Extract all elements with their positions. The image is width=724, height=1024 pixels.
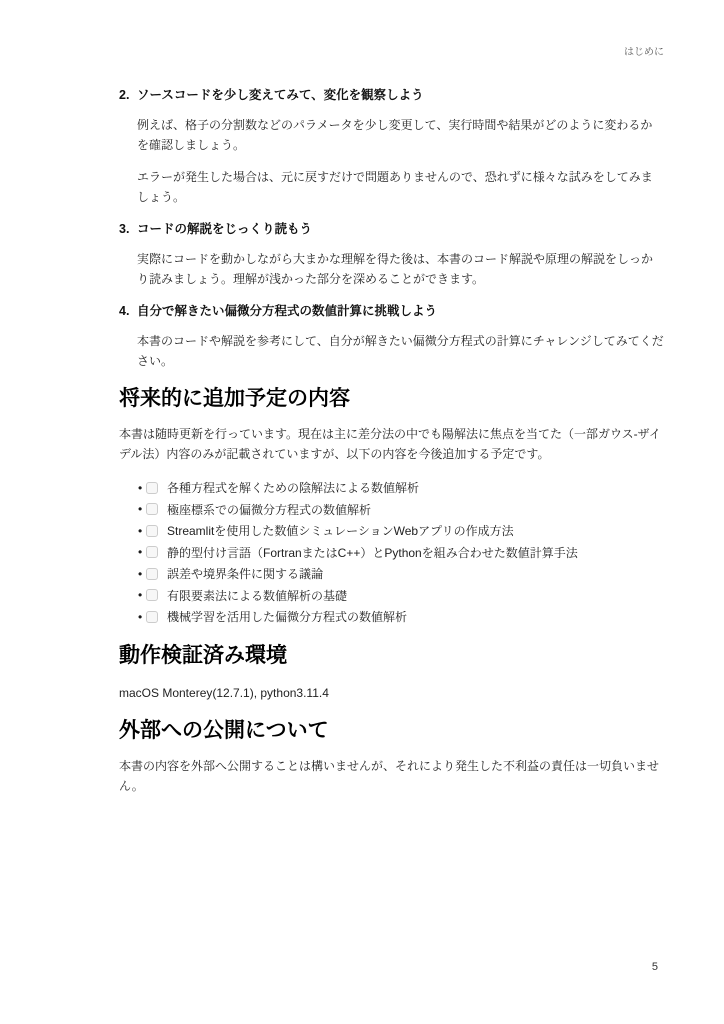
page-number: 5 [652,961,658,973]
checklist-item-label: 静的型付け言語（FortranまたはC++）とPythonを組み合わせた数値計算… [167,544,578,561]
item-title-row: 4. 自分で解きたい偏微分方程式の数値計算に挑戦しよう [119,303,664,319]
checklist-item: • Streamlitを使用した数値シミュレーションWebアプリの作成方法 [119,520,664,542]
item-body: 実際にコードを動かしながら大まかな理解を得た後は、本書のコード解説や原理の解説を… [137,249,664,289]
checkbox-icon[interactable] [146,546,158,558]
bullet-icon: • [138,503,146,515]
item-paragraph: 例えば、格子の分割数などのパラメータを少し変更して、実行時間や結果がどのように変… [137,115,664,155]
checklist-item-label: 極座標系での偏微分方程式の数値解析 [167,501,371,518]
item-paragraph: 本書のコードや解説を参考にして、自分が解きたい偏微分方程式の計算にチャレンジして… [137,331,664,371]
item-body: 本書のコードや解説を参考にして、自分が解きたい偏微分方程式の計算にチャレンジして… [137,331,664,371]
section-paragraph: 本書の内容を外部へ公開することは構いませんが、それにより発生した不利益の責任は一… [119,756,664,796]
planned-content-checklist: • 各種方程式を解くための陰解法による数値解析 • 極座標系での偏微分方程式の数… [119,477,664,628]
checkbox-icon[interactable] [146,568,158,580]
checklist-item: • 静的型付け言語（FortranまたはC++）とPythonを組み合わせた数値… [119,542,664,564]
bullet-icon: • [138,546,146,558]
section-body: 本書は随時更新を行っています。現在は主に差分法の中でも陽解法に焦点を当てた（一部… [119,424,664,464]
checklist-item-label: 誤差や境界条件に関する議論 [167,565,323,582]
section-heading-verified-environment: 動作検証済み環境 [119,643,664,669]
section-paragraph: 本書は随時更新を行っています。現在は主に差分法の中でも陽解法に焦点を当てた（一部… [119,424,664,464]
bullet-icon: • [138,611,146,623]
numbered-item: 3. コードの解説をじっくり読もう 実際にコードを動かしながら大まかな理解を得た… [119,221,664,289]
checklist-item: • 有限要素法による数値解析の基礎 [119,585,664,607]
checklist-item-label: 機械学習を活用した偏微分方程式の数値解析 [167,608,407,625]
section-body: 本書の内容を外部へ公開することは構いませんが、それにより発生した不利益の責任は一… [119,756,664,796]
item-title-row: 3. コードの解説をじっくり読もう [119,221,664,237]
numbered-item: 4. 自分で解きたい偏微分方程式の数値計算に挑戦しよう 本書のコードや解説を参考… [119,303,664,371]
checkbox-icon[interactable] [146,589,158,601]
checkbox-icon[interactable] [146,525,158,537]
checklist-item: • 極座標系での偏微分方程式の数値解析 [119,499,664,521]
numbered-item: 2. ソースコードを少し変えてみて、変化を観察しよう 例えば、格子の分割数などの… [119,87,664,207]
checklist-item: • 誤差や境界条件に関する議論 [119,563,664,585]
checklist-item: • 機械学習を活用した偏微分方程式の数値解析 [119,606,664,628]
item-title: コードの解説をじっくり読もう [137,221,312,237]
section-heading-external-publication: 外部への公開について [119,718,664,744]
item-paragraph: 実際にコードを動かしながら大まかな理解を得た後は、本書のコード解説や原理の解説を… [137,249,664,289]
checklist-item-label: 有限要素法による数値解析の基礎 [167,587,347,604]
bullet-icon: • [138,568,146,580]
checkbox-icon[interactable] [146,503,158,515]
section-heading-future-content: 将来的に追加予定の内容 [119,386,664,412]
document-page: はじめに 2. ソースコードを少し変えてみて、変化を観察しよう 例えば、格子の分… [0,0,724,1024]
item-title-row: 2. ソースコードを少し変えてみて、変化を観察しよう [119,87,664,103]
item-body: 例えば、格子の分割数などのパラメータを少し変更して、実行時間や結果がどのように変… [137,115,664,207]
bullet-icon: • [138,482,146,494]
running-header: はじめに [119,46,664,59]
numbered-guide-list: 2. ソースコードを少し変えてみて、変化を観察しよう 例えば、格子の分割数などの… [119,87,664,371]
item-paragraph: エラーが発生した場合は、元に戻すだけで問題ありませんので、恐れずに様々な試みをし… [137,167,664,207]
page-content: はじめに 2. ソースコードを少し変えてみて、変化を観察しよう 例えば、格子の分… [119,46,664,796]
item-title: 自分で解きたい偏微分方程式の数値計算に挑戦しよう [137,303,437,319]
item-number: 4. [119,303,137,319]
item-title: ソースコードを少し変えてみて、変化を観察しよう [137,87,424,103]
checklist-item-label: 各種方程式を解くための陰解法による数値解析 [167,479,419,496]
item-number: 3. [119,221,137,237]
bullet-icon: • [138,589,146,601]
checkbox-icon[interactable] [146,611,158,623]
environment-info: macOS Monterey(12.7.1), python3.11.4 [119,683,664,703]
bullet-icon: • [138,525,146,537]
checklist-item-label: Streamlitを使用した数値シミュレーションWebアプリの作成方法 [167,522,514,539]
item-number: 2. [119,87,137,103]
checklist-item: • 各種方程式を解くための陰解法による数値解析 [119,477,664,499]
checkbox-icon[interactable] [146,482,158,494]
